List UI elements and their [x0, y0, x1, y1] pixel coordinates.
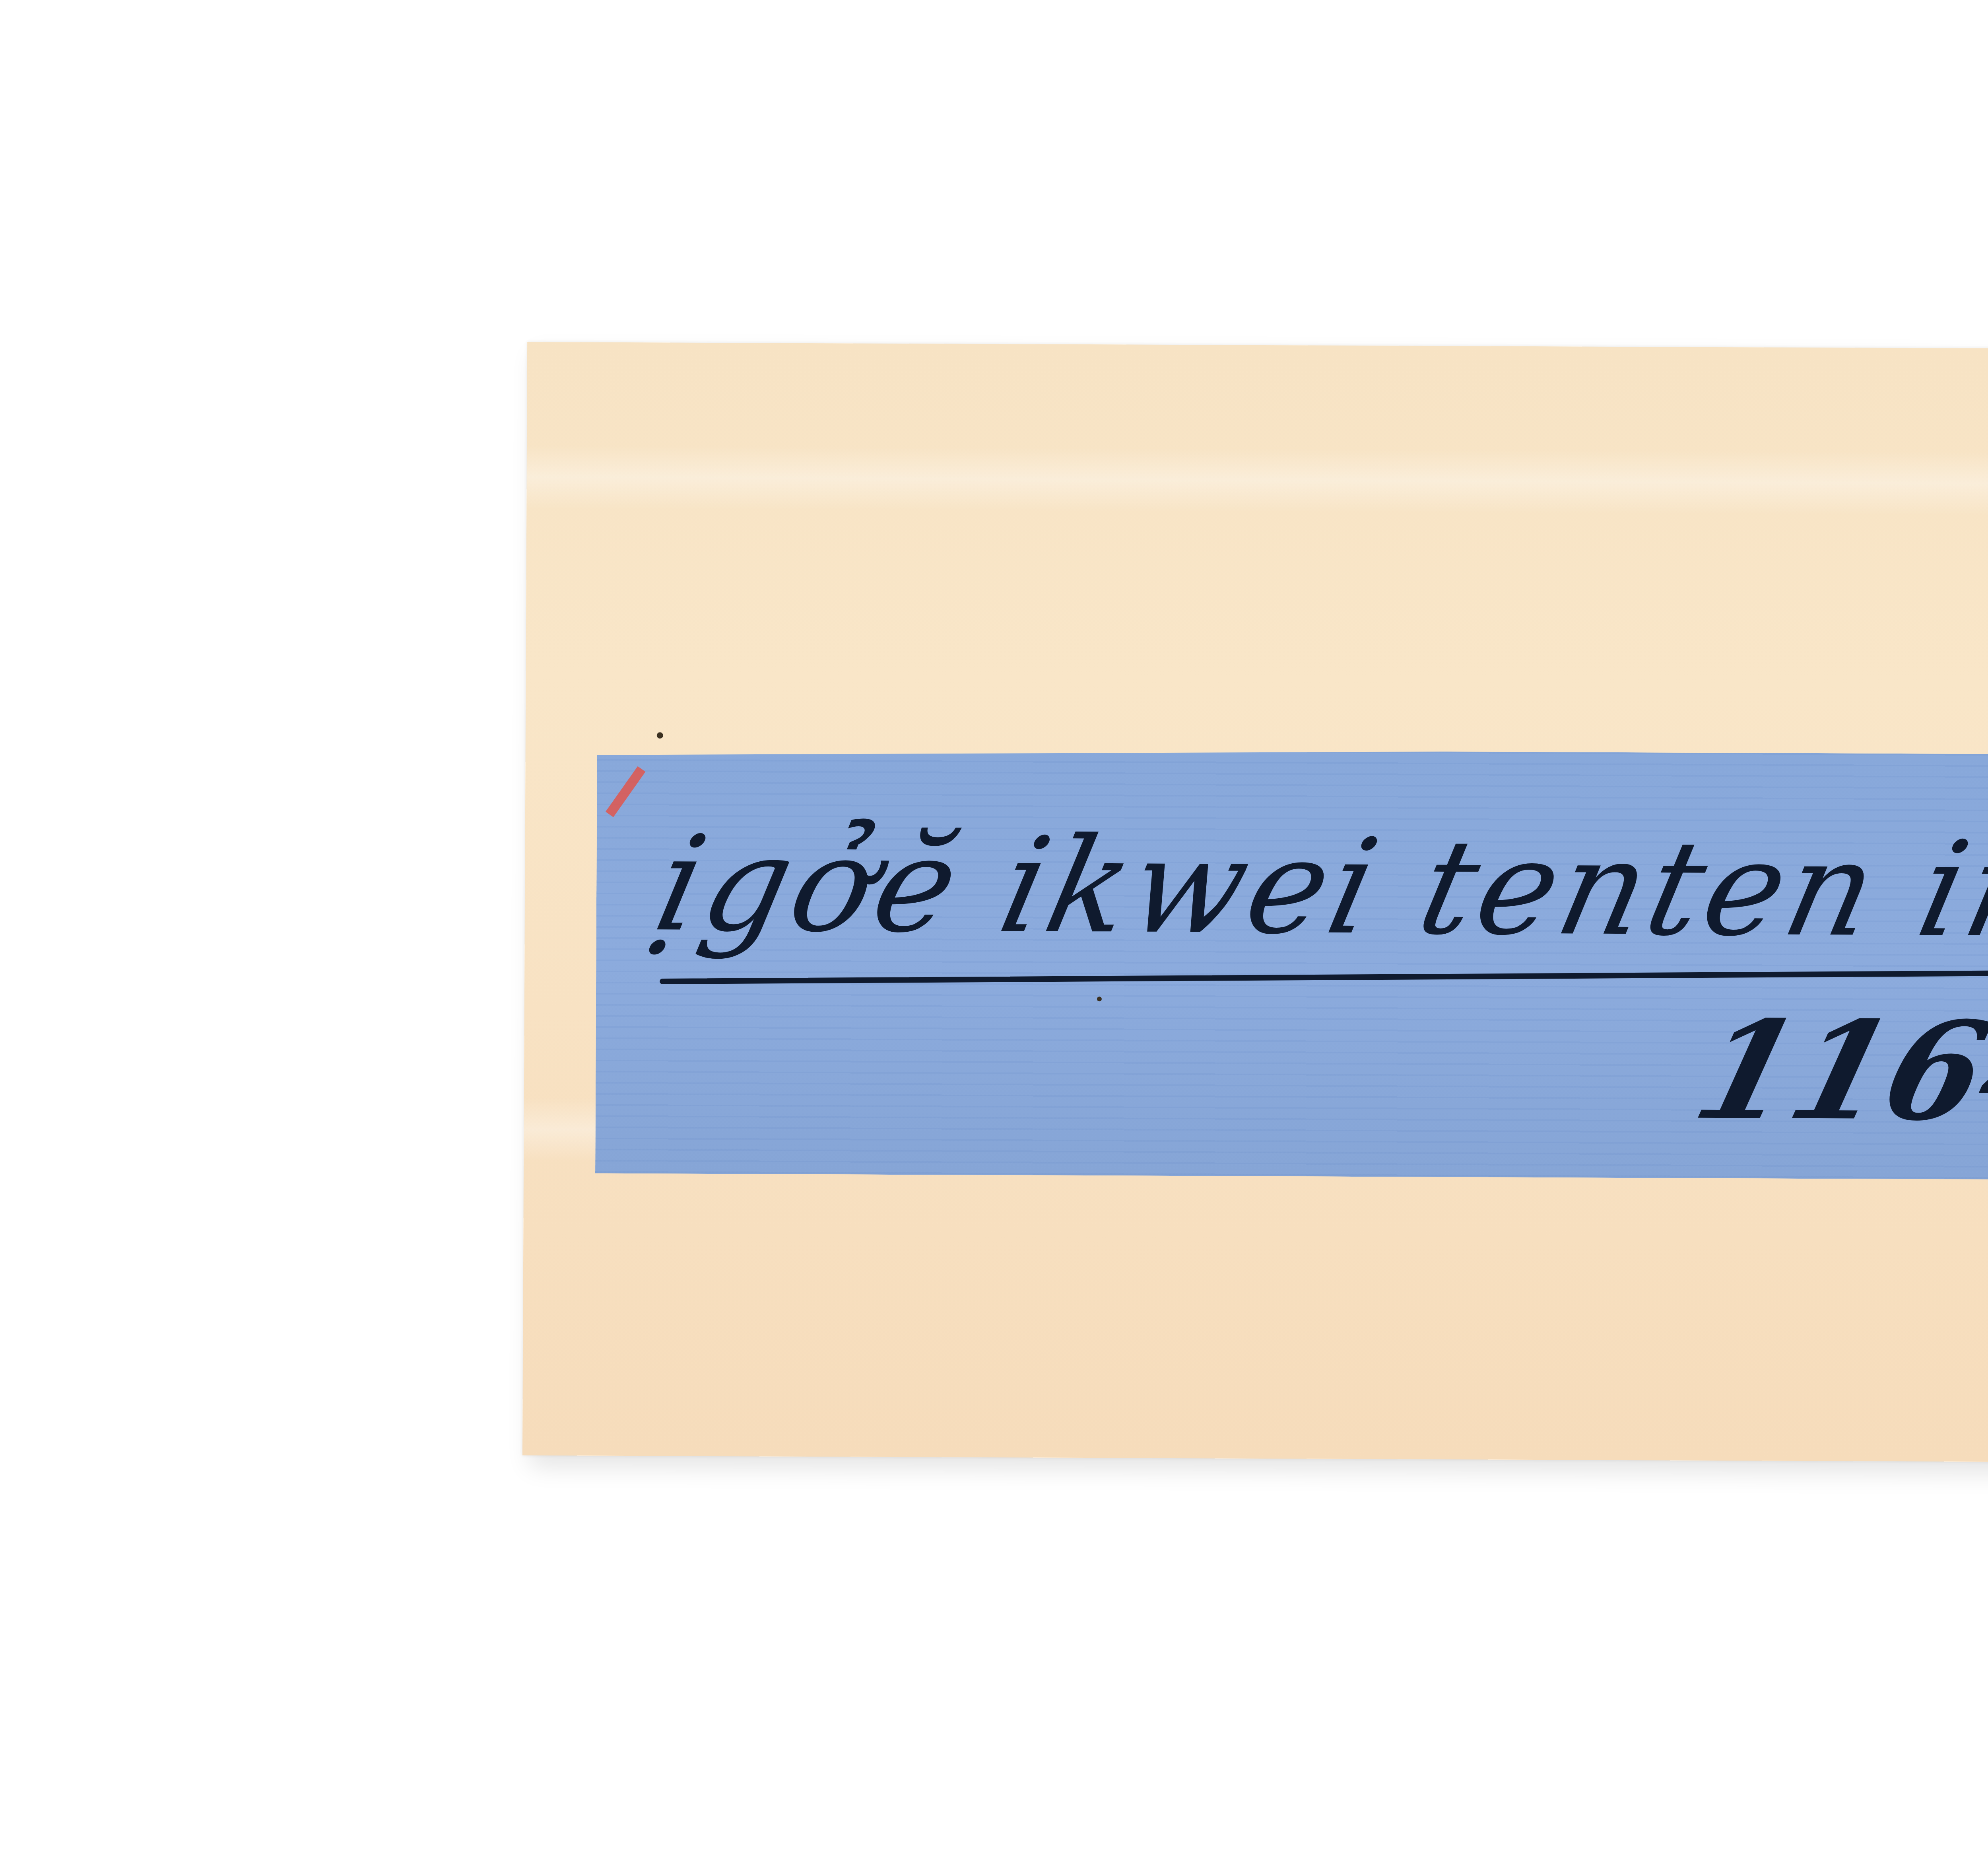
handwritten-line-1: ịgởĕ ikwei tenten ina [644, 808, 1988, 967]
ink-speck [1097, 997, 1102, 1001]
paper-fold [526, 445, 1988, 517]
handwritten-underline [660, 969, 1988, 984]
ink-speck [657, 732, 663, 738]
handwritten-line-2: 1164,15 [1681, 991, 1988, 1152]
blue-paper-slip: ịgởĕ ikwei tenten ina 1164,15 [595, 748, 1988, 1181]
paper-card: ịgởĕ ikwei tenten ina 1164,15 [522, 342, 1988, 1463]
red-pencil-mark [606, 766, 645, 817]
